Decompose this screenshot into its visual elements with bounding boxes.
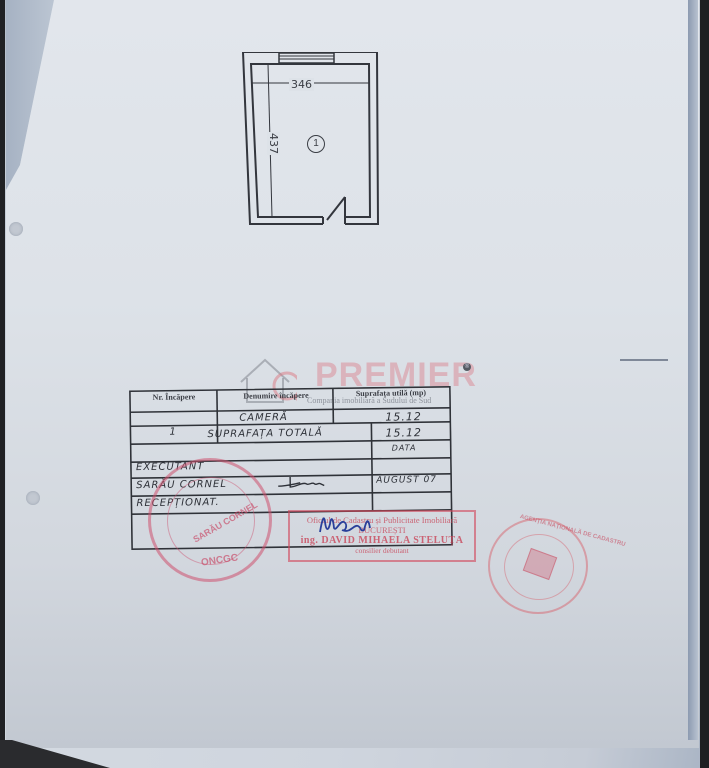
dimension-width-label: 346 bbox=[289, 78, 314, 91]
header-suprafata: Suprafața utilă (mp) bbox=[335, 388, 447, 399]
date-value: AUGUST 07 bbox=[376, 475, 437, 486]
dimension-length-label: 437 bbox=[267, 132, 280, 155]
room-name-value: CAMERĂ bbox=[239, 412, 288, 424]
ministry-round-stamp: ONCGC SARĂU CORNEL bbox=[148, 458, 272, 582]
photo-dark-border-right bbox=[700, 0, 709, 768]
date-label: DATA bbox=[392, 443, 417, 452]
stamp-inner-ring bbox=[167, 477, 255, 565]
stamp-title-line: consilier debutant bbox=[290, 546, 474, 555]
executant-signature bbox=[276, 473, 336, 492]
total-area-label: SUPRAFAȚA TOTALĂ bbox=[207, 428, 322, 441]
paper-right-edge bbox=[688, 0, 698, 740]
punch-hole bbox=[26, 491, 40, 505]
total-area-value: 15.12 bbox=[385, 426, 422, 440]
header-nr: Nr. Încăpere bbox=[133, 392, 215, 402]
agency-round-stamp: AGENȚIA NAȚIONALĂ DE CADASTRU bbox=[488, 518, 588, 614]
receptionat-signature bbox=[316, 510, 376, 538]
header-denumire: Denumire încăpere bbox=[221, 390, 331, 401]
photo-dark-border-left bbox=[0, 0, 5, 768]
pencil-mark bbox=[620, 359, 668, 361]
room-number-marker: 1 bbox=[307, 135, 325, 153]
room-area-value: 15.12 bbox=[385, 410, 422, 424]
punch-hole bbox=[9, 222, 23, 236]
room-nr-value: 1 bbox=[169, 427, 177, 438]
